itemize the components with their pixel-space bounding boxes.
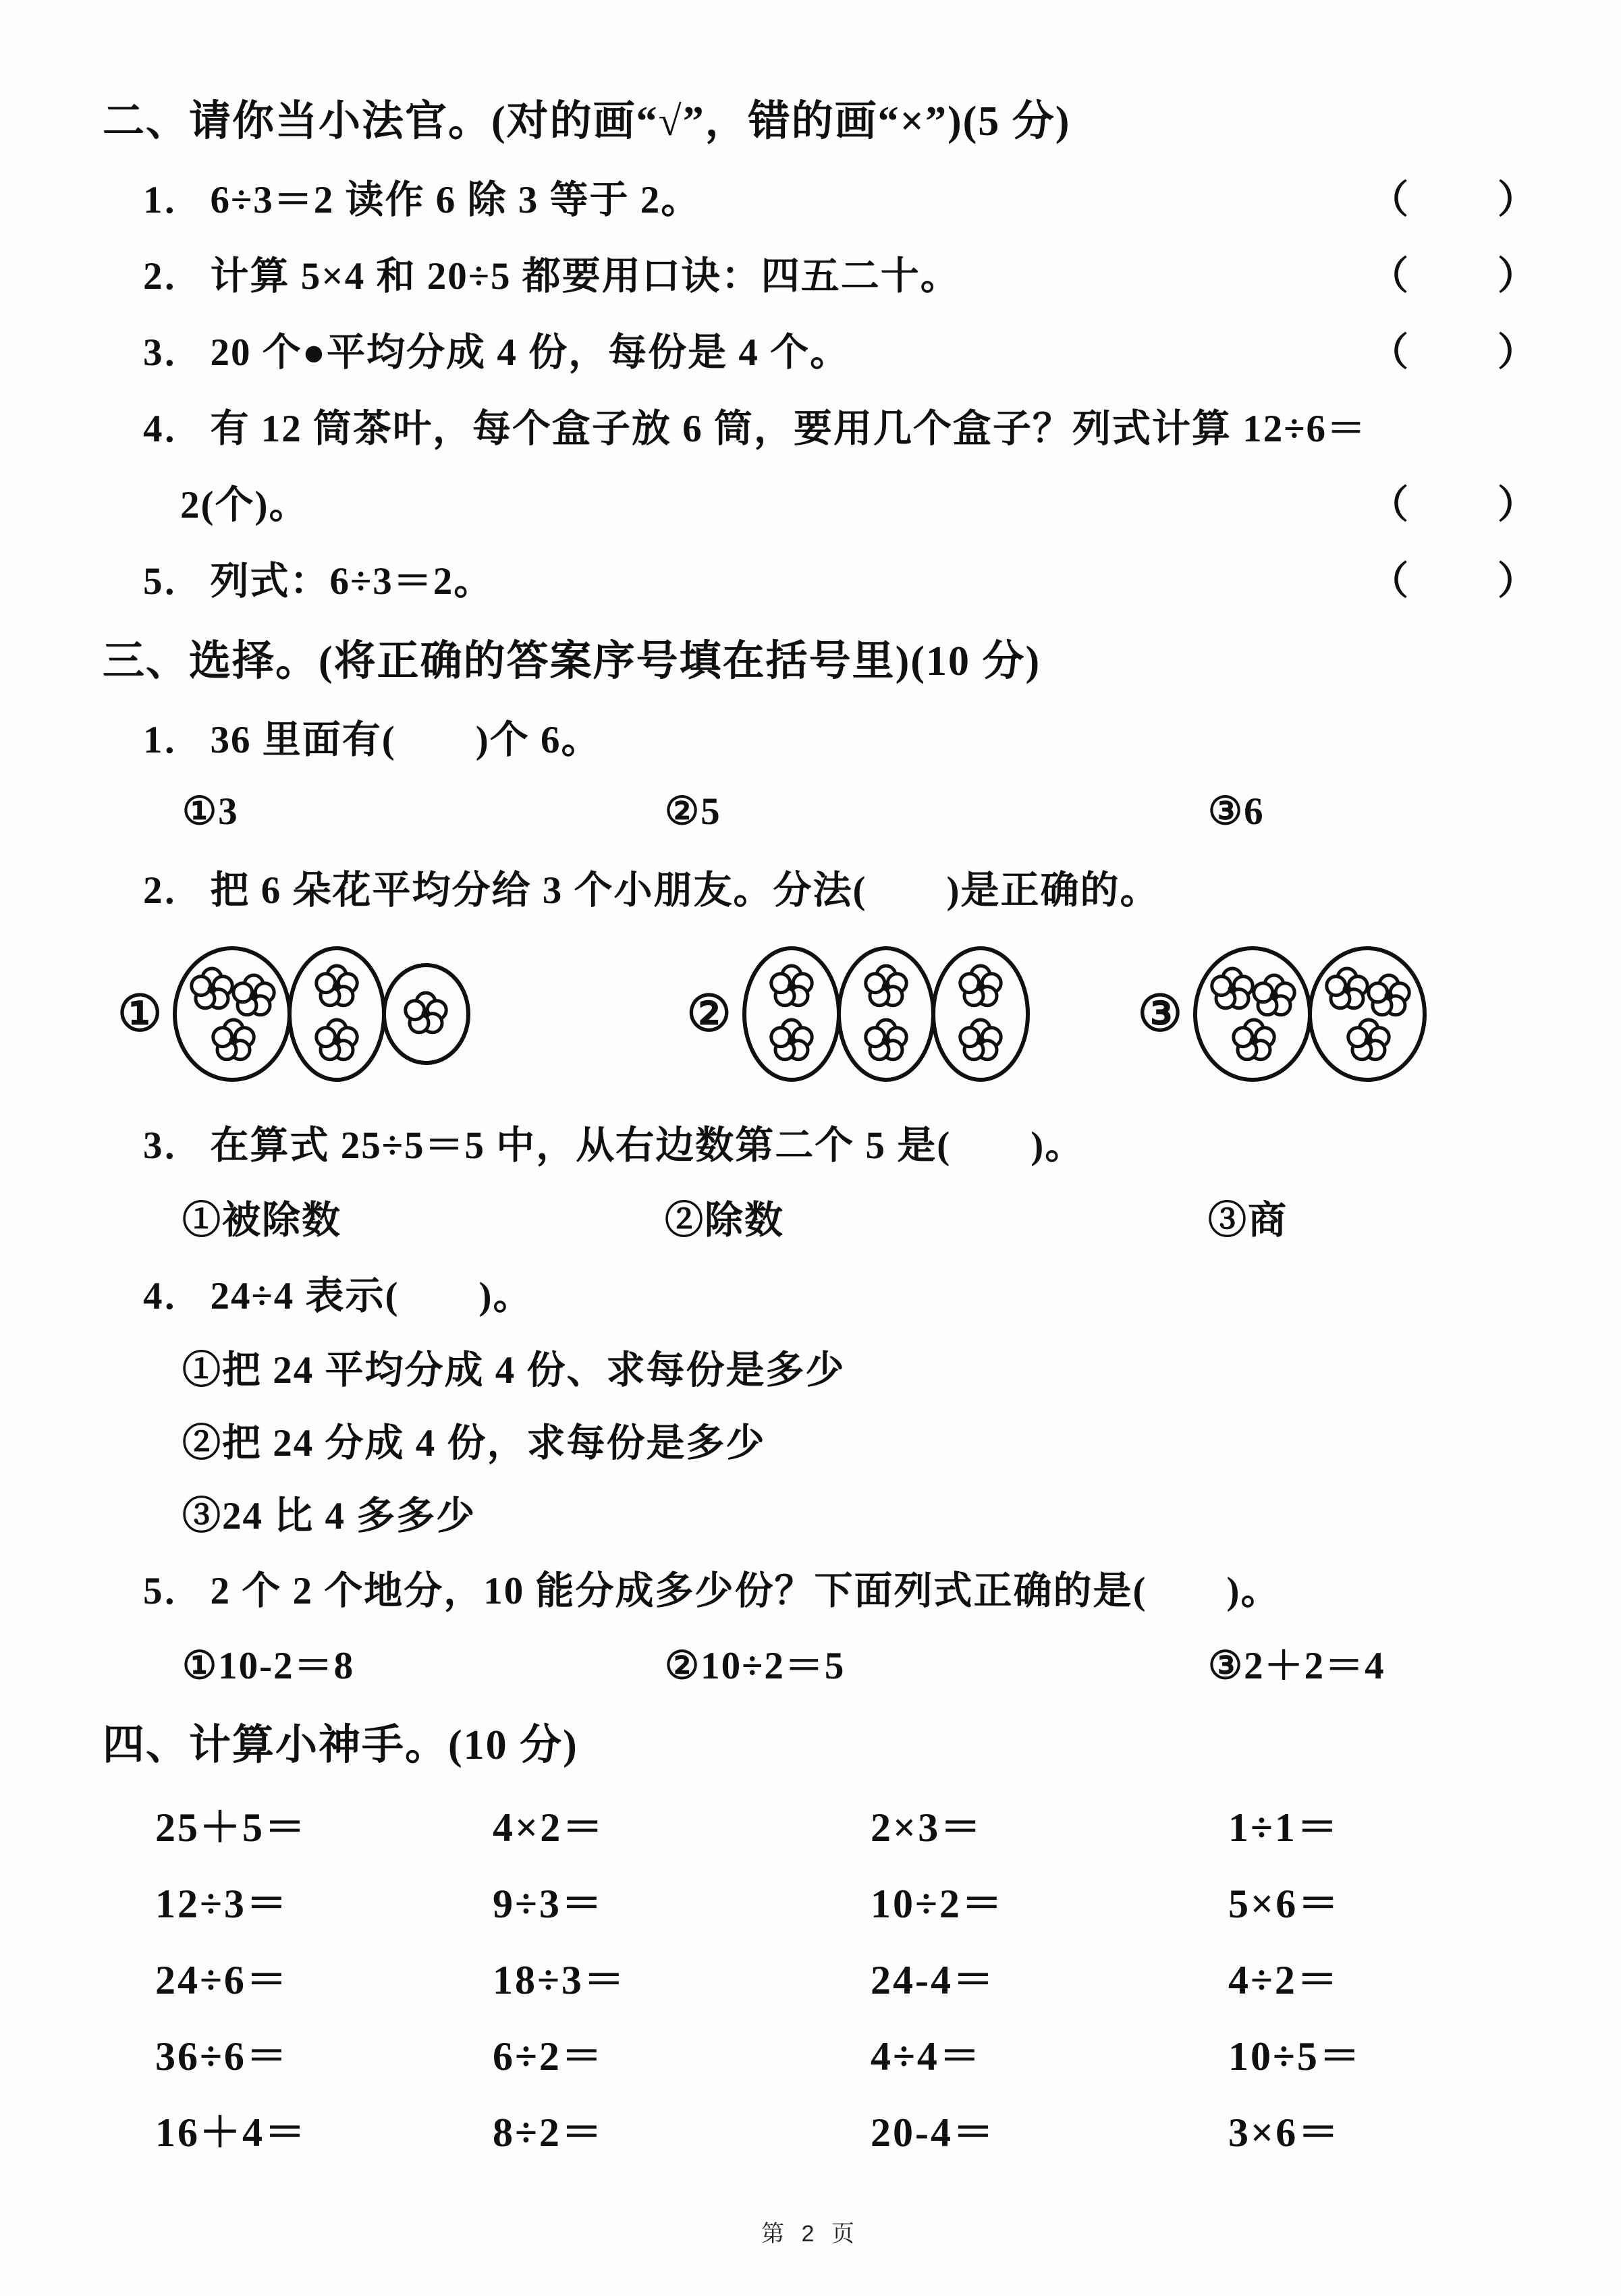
section2-line-4: 4．有 12 筒茶叶，每个盒子放 6 筒，要用几个盒子？列式计算 12÷6＝ [103, 387, 1556, 463]
question-number: 2． [143, 245, 204, 300]
question-number: 1． [143, 709, 204, 764]
answer-parens: （ ） [1370, 321, 1540, 377]
flower-circle [286, 945, 387, 1083]
answer-parens: （ ） [1370, 474, 1540, 529]
calc-problem: 24÷6＝ [155, 1938, 493, 2015]
option-label: ② [686, 985, 731, 1043]
option-label: ① [117, 985, 162, 1043]
answer-parens: （ ） [1370, 245, 1540, 300]
question-text: 在算式 25÷5＝5 中，从右边数第二个 5 是( )。 [211, 1114, 1085, 1170]
section3-item-4: 4．24÷4 表示( )。 [103, 1254, 1556, 1330]
calc-problem: 9÷3＝ [493, 1862, 871, 1938]
calc-problem: 3×6＝ [1228, 2091, 1556, 2167]
flower-circle [171, 945, 293, 1083]
calc-problem: 25＋5＝ [155, 1786, 493, 1862]
question-text: 把 6 朵花平均分给 3 个小朋友。分法( )是正确的。 [211, 859, 1160, 914]
flower-group-diagram [171, 945, 472, 1083]
question-number: 3． [143, 321, 204, 377]
question-text: 2(个)。 [180, 474, 308, 529]
flower-circle [381, 962, 472, 1066]
calc-problem: 18÷3＝ [493, 1938, 871, 2015]
option-label: ①被除数 [182, 1189, 665, 1245]
option-label: ②除数 [665, 1189, 1208, 1245]
question-text: 2 个 2 个地分，10 能分成多少份？下面列式正确的是( )。 [211, 1560, 1281, 1615]
calc-problem: 8÷2＝ [493, 2091, 871, 2167]
question-number: 5． [143, 1560, 204, 1615]
section2-items: 1．6÷3＝2 读作 6 除 3 等于 2。（ ）2．计算 5×4 和 20÷5… [103, 158, 1556, 616]
sub-option-line: ①把 24 平均分成 4 份、求每份是多少 [103, 1330, 1556, 1403]
flower-option-1: ① [117, 945, 472, 1083]
section3-item-1: 1．36 里面有( )个 6。 [103, 698, 1556, 774]
answer-parens: （ ） [1370, 550, 1540, 605]
question-text: 有 12 筒茶叶，每个盒子放 6 筒，要用几个盒子？列式计算 12÷6＝ [211, 398, 1367, 453]
question-number: 4． [143, 1265, 204, 1320]
option-label: ①把 24 平均分成 4 份、求每份是多少 [182, 1339, 846, 1394]
calc-problem: 5×6＝ [1228, 1862, 1556, 1938]
flower-circle [741, 945, 842, 1083]
section3-item-5: 5．2 个 2 个地分，10 能分成多少份？下面列式正确的是( )。 [103, 1549, 1556, 1625]
option-label: ③24 比 4 多多少 [182, 1485, 476, 1540]
option-label: ①3 [182, 789, 665, 833]
calc-problem: 2×3＝ [871, 1786, 1228, 1862]
question-text: 20 个●平均分成 4 份，每份是 4 个。 [211, 321, 850, 377]
flower-circle [1192, 945, 1313, 1083]
calc-problem: 6÷2＝ [493, 2015, 871, 2091]
calc-grid: 25＋5＝4×2＝2×3＝1÷1＝12÷3＝9÷3＝10÷2＝5×6＝24÷6＝… [103, 1786, 1556, 2167]
answer-parens: （ ） [1370, 169, 1540, 224]
calc-problem: 4×2＝ [493, 1786, 871, 1862]
section2-title: 二、请你当小法官。(对的画“√”，错的画“×”)(5 分) [103, 76, 1556, 158]
option-label: ①10-2＝8 [182, 1635, 665, 1690]
calc-problem: 12÷3＝ [155, 1862, 493, 1938]
option-label: ③2＋2＝4 [1208, 1635, 1556, 1690]
calc-problem: 1÷1＝ [1228, 1786, 1556, 1862]
option-label: ③ [1138, 985, 1182, 1043]
flower-group-diagram [1192, 945, 1428, 1083]
sub-option-line: ②把 24 分成 4 份，求每份是多少 [103, 1403, 1556, 1476]
calc-problem: 4÷2＝ [1228, 1938, 1556, 2015]
section4-title: 四、计算小神手。(10 分) [103, 1699, 1556, 1782]
calc-problem: 4÷4＝ [871, 2015, 1228, 2091]
option-label: ③6 [1208, 789, 1556, 833]
question-number: 1． [143, 169, 204, 224]
section2-line-6: 5．列式：6÷3＝2。（ ） [103, 539, 1556, 616]
flower-option-2: ② [686, 945, 1031, 1083]
worksheet-page: 二、请你当小法官。(对的画“√”，错的画“×”)(5 分) 1．6÷3＝2 读作… [0, 0, 1621, 2296]
calc-problem: 10÷2＝ [871, 1862, 1228, 1938]
section3-item-2: 2．把 6 朵花平均分给 3 个小朋友。分法( )是正确的。 [103, 848, 1556, 925]
option-label: ②5 [665, 789, 1208, 833]
section3-title: 三、选择。(将正确的答案序号填在括号里)(10 分) [103, 616, 1556, 698]
options-row: ①被除数②除数③商 [103, 1180, 1556, 1254]
question-number: 2． [143, 859, 204, 914]
options-row: ①3②5③6 [103, 774, 1556, 848]
section2-line-3: 3．20 个●平均分成 4 份，每份是 4 个。（ ） [103, 310, 1556, 387]
flower-group-diagram [741, 945, 1031, 1083]
question-number: 5． [143, 550, 204, 605]
question-text: 列式：6÷3＝2。 [211, 550, 494, 605]
section2-line-2: 2．计算 5×4 和 20÷5 都要用口诀：四五二十。（ ） [103, 234, 1556, 310]
section3-items: 1．36 里面有( )个 6。①3②5③62．把 6 朵花平均分给 3 个小朋友… [103, 698, 1556, 1699]
question-text: 6÷3＝2 读作 6 除 3 等于 2。 [211, 169, 701, 224]
sub-option-line: ③24 比 4 多多少 [103, 1476, 1556, 1549]
section2-line-5: 2(个)。（ ） [103, 463, 1556, 539]
flower-circle [835, 945, 937, 1083]
question-text: 24÷4 表示( )。 [211, 1265, 533, 1320]
calc-problem: 24-4＝ [871, 1938, 1228, 2015]
flower-option-3: ③ [1138, 945, 1428, 1083]
section3-item-3: 3．在算式 25÷5＝5 中，从右边数第二个 5 是( )。 [103, 1103, 1556, 1180]
calc-problem: 10÷5＝ [1228, 2015, 1556, 2091]
page-number: 第 2 页 [0, 2215, 1621, 2248]
question-text: 36 里面有( )个 6。 [211, 709, 601, 764]
flower-circle [930, 945, 1031, 1083]
option-label: ③商 [1208, 1189, 1556, 1245]
flower-options-row: ①②③ [103, 925, 1556, 1103]
options-row: ①10-2＝8②10÷2＝5③2＋2＝4 [103, 1625, 1556, 1699]
section2-line-1: 1．6÷3＝2 读作 6 除 3 等于 2。（ ） [103, 158, 1556, 234]
question-number: 4． [143, 398, 204, 453]
calc-problem: 20-4＝ [871, 2091, 1228, 2167]
option-label: ②把 24 分成 4 份，求每份是多少 [182, 1412, 766, 1467]
calc-problem: 16＋4＝ [155, 2091, 493, 2167]
flower-circle [1307, 945, 1428, 1083]
question-text: 计算 5×4 和 20÷5 都要用口诀：四五二十。 [211, 245, 960, 300]
option-label: ②10÷2＝5 [665, 1635, 1208, 1690]
calc-problem: 36÷6＝ [155, 2015, 493, 2091]
question-number: 3． [143, 1114, 204, 1170]
